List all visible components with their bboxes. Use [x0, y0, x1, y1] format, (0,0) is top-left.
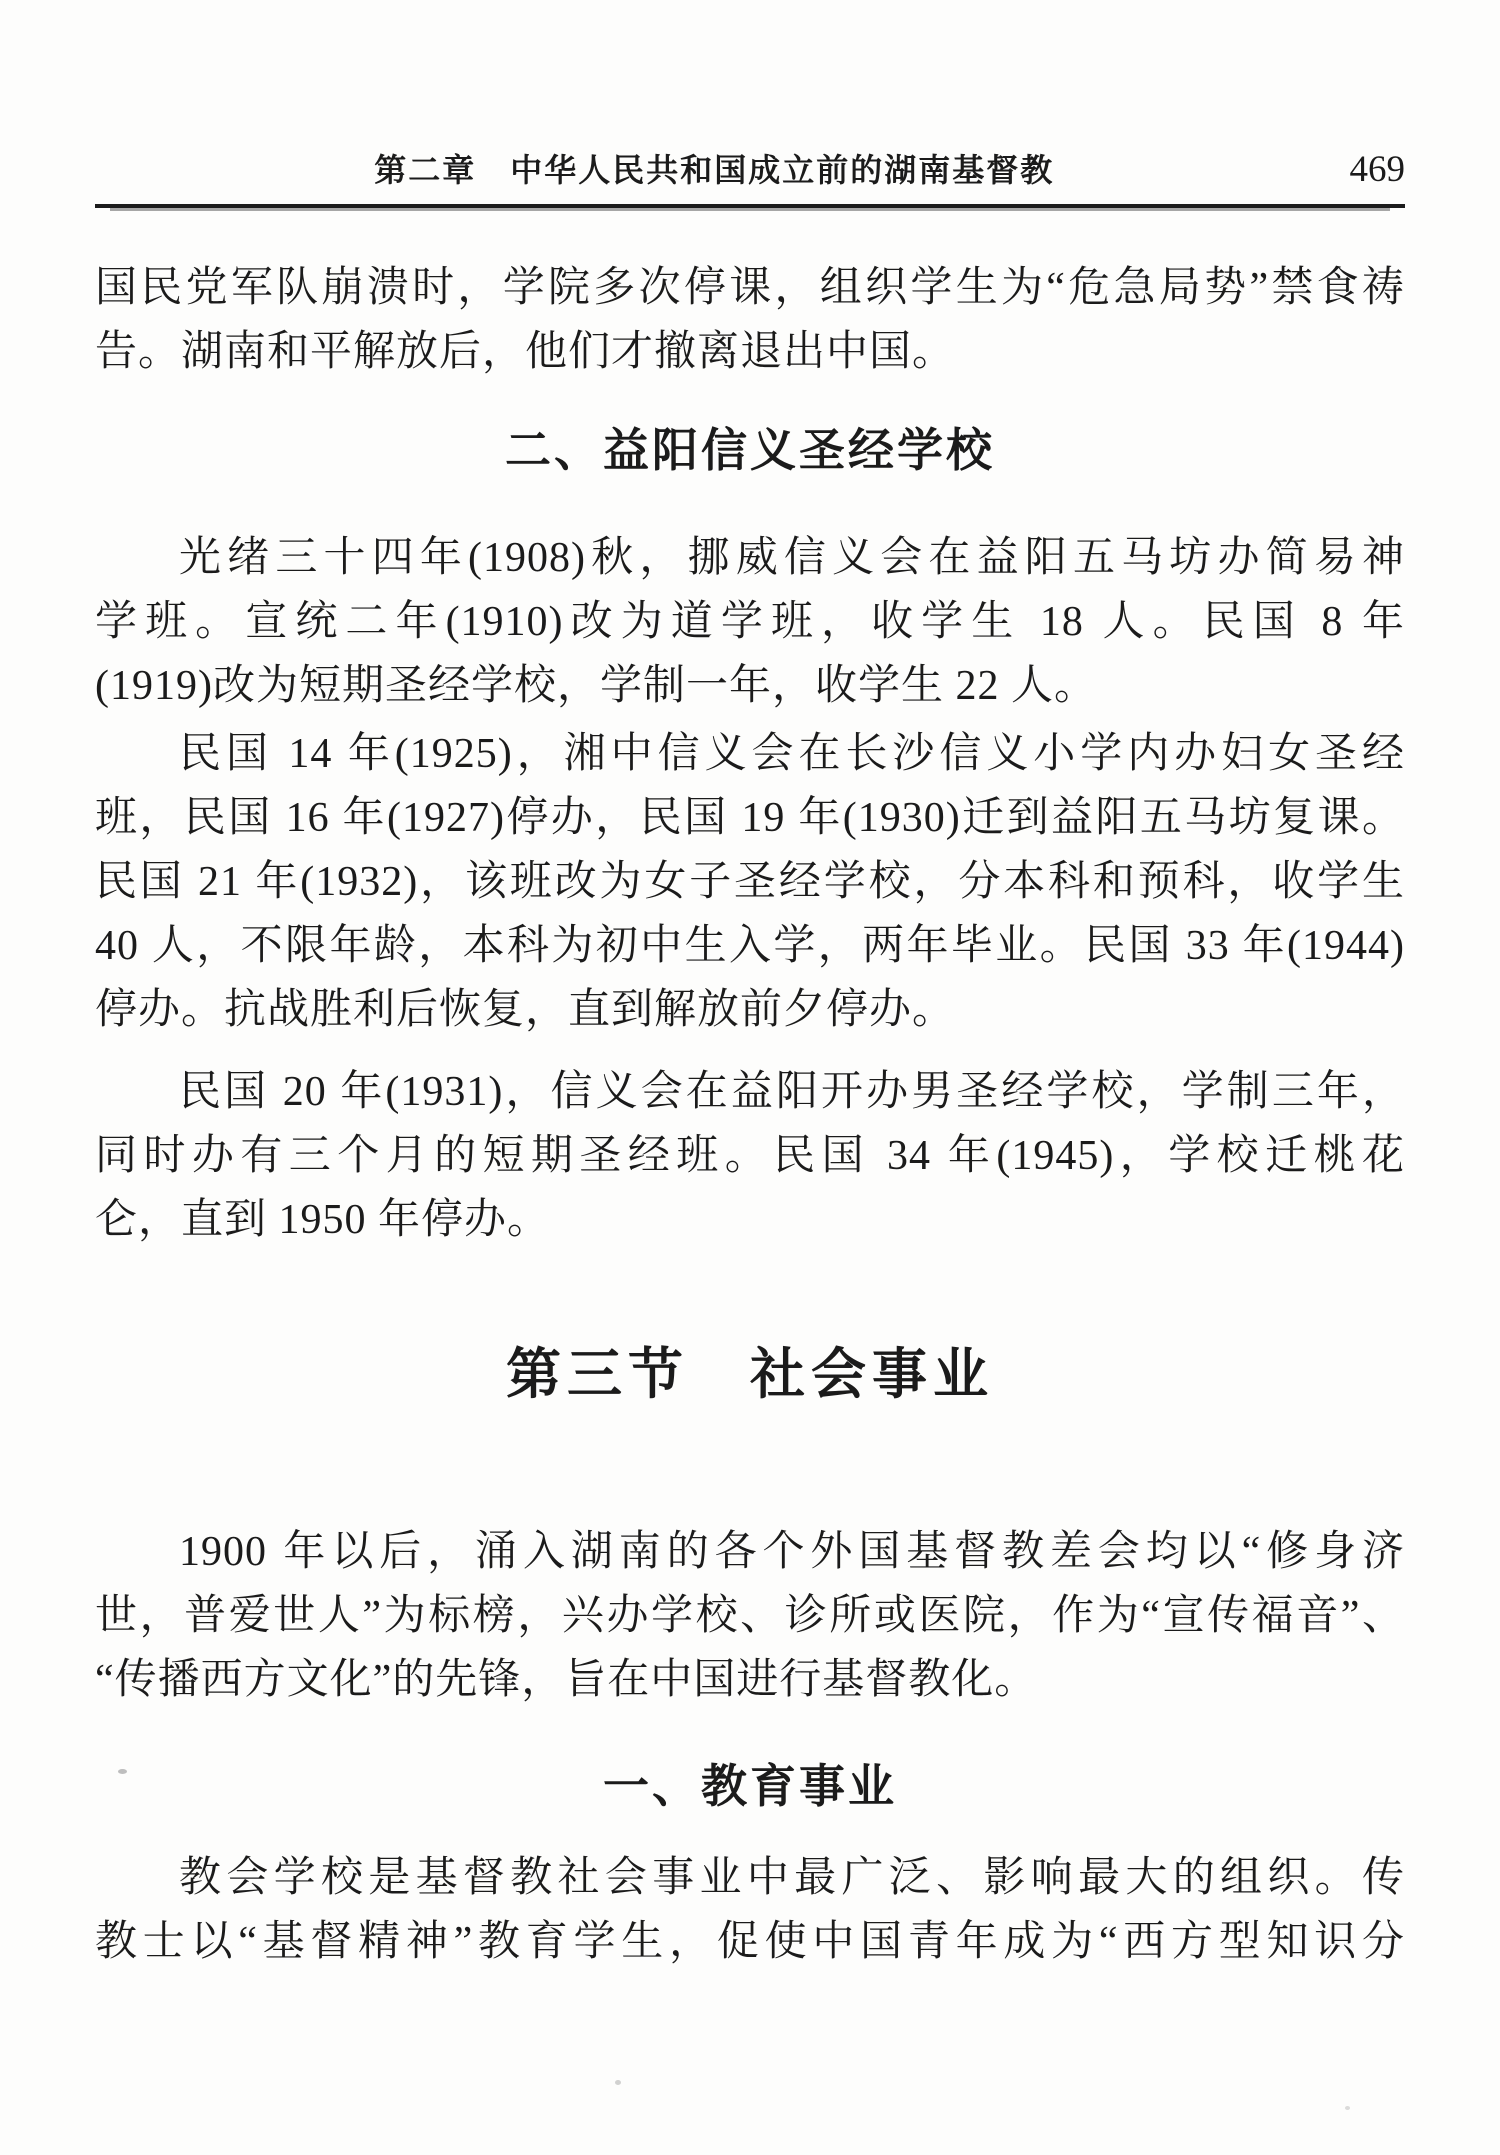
paragraph-line: 告。湖南和平解放后，他们才撤离退出中国。 — [95, 320, 1405, 384]
page-body: 国民党军队崩溃时，学院多次停课，组织学生为“危急局势”禁食祷 告。湖南和平解放后… — [95, 256, 1405, 1974]
running-header: 第二章 中华人民共和国成立前的湖南基督教 469 — [95, 148, 1405, 208]
body-paragraph: 民国 20 年(1931)，信义会在益阳开办男圣经学校，学制三年， 同时办有三个… — [95, 1060, 1405, 1252]
subsection-heading-yiyang: 二、益阳信义圣经学校 — [95, 420, 1405, 480]
paragraph-line: 光绪三十四年(1908)秋，挪威信义会在益阳五马坊办简易神 — [95, 526, 1405, 590]
chapter-title: 第二章 中华人民共和国成立前的湖南基督教 — [95, 148, 1334, 192]
paragraph-line: 民国 20 年(1931)，信义会在益阳开办男圣经学校，学制三年， — [95, 1060, 1405, 1124]
paragraph-line: 学班。宣统二年(1910)改为道学班，收学生 18 人。民国 8 年 — [95, 590, 1405, 654]
paragraph-line: 教会学校是基督教社会事业中最广泛、影响最大的组织。传 — [95, 1846, 1405, 1910]
body-paragraph: 光绪三十四年(1908)秋，挪威信义会在益阳五马坊办简易神 学班。宣统二年(19… — [95, 526, 1405, 718]
scan-speck — [1345, 2106, 1350, 2110]
paragraph-line: 教士以“基督精神”教育学生，促使中国青年成为“西方型知识分 — [95, 1910, 1405, 1974]
paragraph-line: 仑，直到 1950 年停办。 — [95, 1188, 1405, 1252]
paragraph-line: 班，民国 16 年(1927)停办，民国 19 年(1930)迁到益阳五马坊复课… — [95, 786, 1405, 850]
subsection-heading-education: 一、教育事业 — [95, 1756, 1405, 1816]
paragraph-line: 世，普爱世人”为标榜，兴办学校、诊所或医院，作为“宣传福音”、 — [95, 1584, 1405, 1648]
paragraph-line: 国民党军队崩溃时，学院多次停课，组织学生为“危急局势”禁食祷 — [95, 256, 1405, 320]
paragraph-line: 40 人，不限年龄，本科为初中生入学，两年毕业。民国 33 年(1944) — [95, 914, 1405, 978]
paragraph-line: 1900 年以后，涌入湖南的各个外国基督教差会均以“修身济 — [95, 1520, 1405, 1584]
paragraph-line: 停办。抗战胜利后恢复，直到解放前夕停办。 — [95, 978, 1405, 1042]
body-paragraph: 教会学校是基督教社会事业中最广泛、影响最大的组织。传 教士以“基督精神”教育学生… — [95, 1846, 1405, 1974]
paragraph-line: 民国 14 年(1925)，湘中信义会在长沙信义小学内办妇女圣经 — [95, 722, 1405, 786]
body-paragraph: 1900 年以后，涌入湖南的各个外国基督教差会均以“修身济 世，普爱世人”为标榜… — [95, 1520, 1405, 1712]
body-paragraph: 国民党军队崩溃时，学院多次停课，组织学生为“危急局势”禁食祷 告。湖南和平解放后… — [95, 256, 1405, 384]
paragraph-line: (1919)改为短期圣经学校，学制一年，收学生 22 人。 — [95, 654, 1405, 718]
paragraph-line: “传播西方文化”的先锋，旨在中国进行基督教化。 — [95, 1648, 1405, 1712]
scan-speck — [615, 2080, 621, 2085]
paragraph-line: 民国 21 年(1932)，该班改为女子圣经学校，分本科和预科，收学生 — [95, 850, 1405, 914]
paragraph-line: 同时办有三个月的短期圣经班。民国 34 年(1945)，学校迁桃花 — [95, 1124, 1405, 1188]
section-heading-social-undertakings: 第三节 社会事业 — [95, 1340, 1405, 1410]
scan-speck — [118, 1769, 127, 1774]
scanned-page: 第二章 中华人民共和国成立前的湖南基督教 469 国民党军队崩溃时，学院多次停课… — [0, 0, 1500, 2155]
body-paragraph: 民国 14 年(1925)，湘中信义会在长沙信义小学内办妇女圣经 班，民国 16… — [95, 722, 1405, 1042]
page-number: 469 — [1350, 148, 1406, 192]
